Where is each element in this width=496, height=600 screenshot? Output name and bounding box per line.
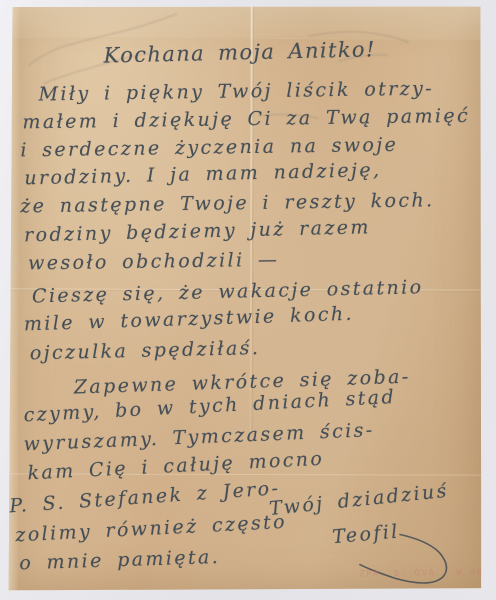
letter-salutation: Kochana moja Anitko!	[103, 37, 376, 67]
letter-line: i serdeczne życzenia na swoje	[20, 134, 398, 162]
signature-line: Twój dziadziuś	[268, 480, 449, 520]
letter-line: Cieszę się, że wakacje ostatnio	[32, 276, 424, 307]
paper-top-tape-band	[9, 5, 483, 39]
archive-stamp: ZPA. b. OVA - W 4095	[359, 567, 496, 579]
postscript-line: o mnie pamięta.	[19, 546, 221, 574]
letter-line: mile w towarzystwie koch.	[24, 303, 355, 336]
scanned-letter-image: Kochana moja Anitko! Miły i piękny Twój …	[0, 0, 496, 600]
letter-line: ojczulka spędziłaś.	[30, 337, 261, 364]
postscript-line: zolimy również często	[15, 511, 288, 546]
letter-line: urodziny. I ja mam nadzieję,	[24, 159, 382, 189]
letter-line: rodziny będziemy już razem	[24, 216, 371, 246]
letter-paper: Kochana moja Anitko! Miły i piękny Twój …	[7, 5, 483, 591]
letter-line: Miły i piękny Twój liścik otrzy-	[38, 78, 434, 106]
letter-line: wesoło obchodzili —	[28, 249, 280, 275]
letter-line: małem i dziękuję Ci za Twą pamięć	[22, 105, 470, 134]
letter-line: że następne Twoje i reszty koch.	[20, 189, 435, 217]
signature-name: Teofil	[331, 521, 400, 549]
